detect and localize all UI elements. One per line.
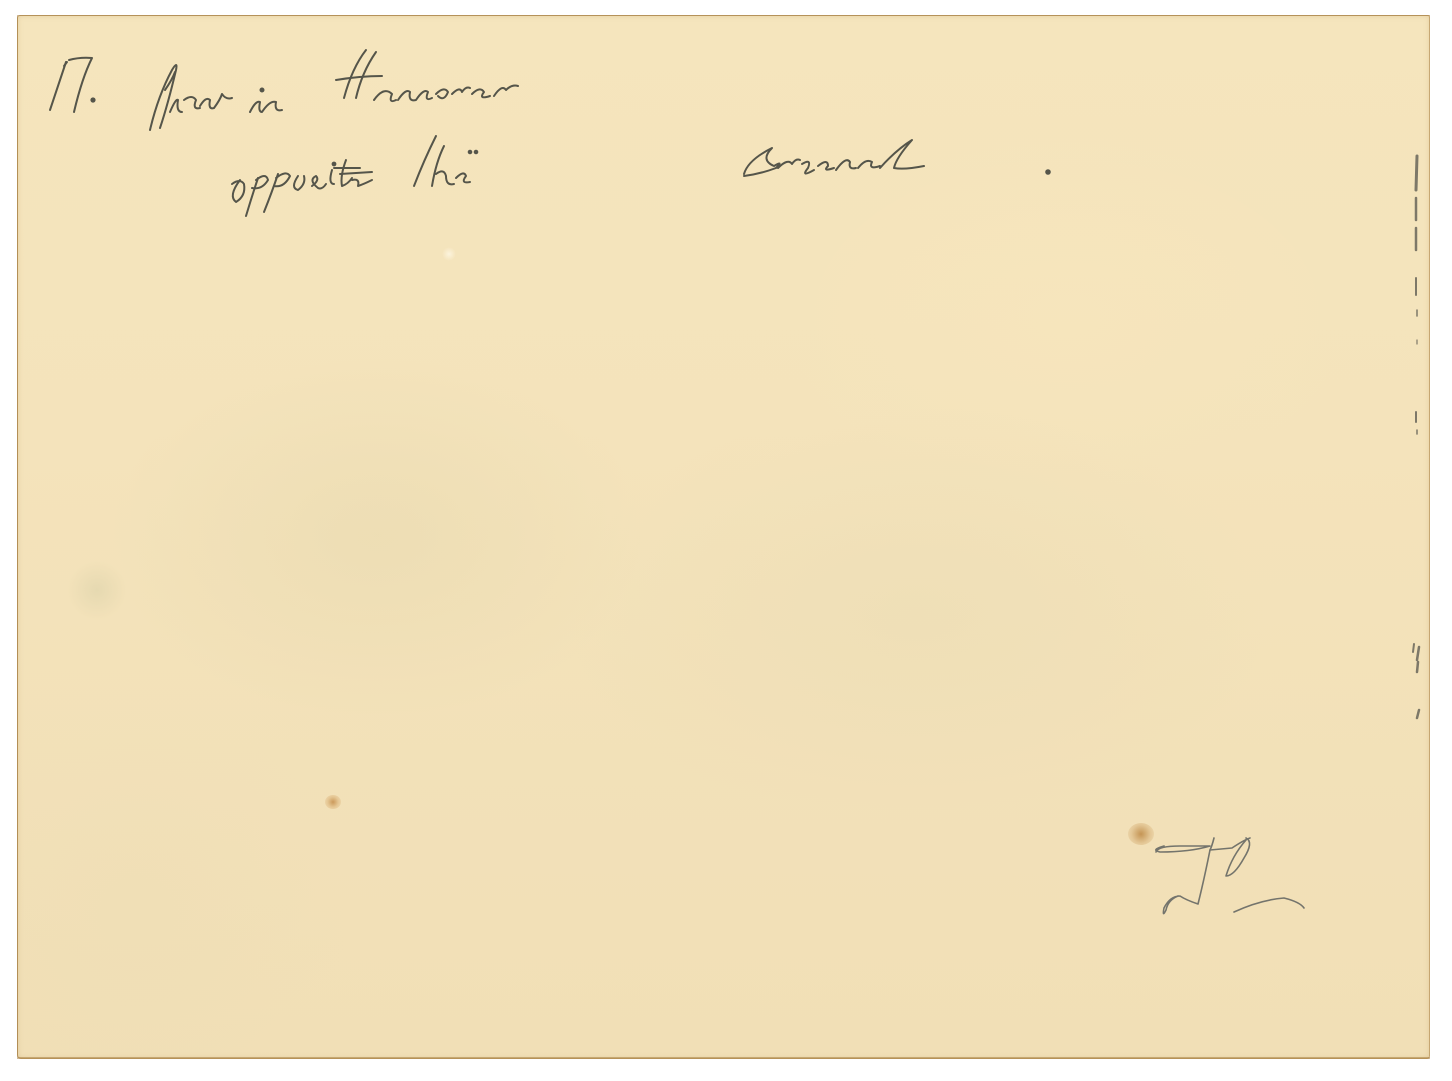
light-spot (442, 247, 456, 261)
inscription-number: 17. (50, 55, 100, 102)
inscription-line-1: View in Hanover (140, 70, 725, 134)
discoloration-patch (67, 560, 127, 620)
foxing-stain (325, 795, 341, 809)
inscription-line-2: opposite the Arsenal. (225, 150, 875, 209)
ditto-annotation: Do (1155, 830, 1233, 904)
foxing-stain (1128, 823, 1154, 845)
